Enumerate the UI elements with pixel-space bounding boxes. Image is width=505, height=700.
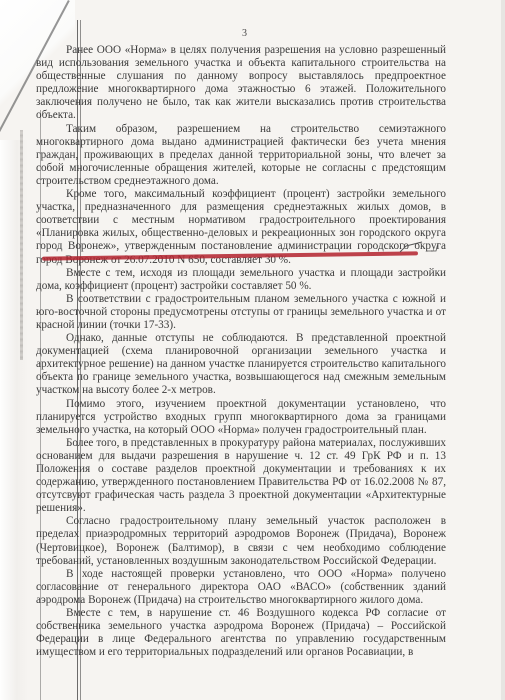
handwritten-check-mark-icon	[398, 240, 440, 254]
page-number: 3	[242, 28, 247, 39]
document-body: Ранее ООО «Норма» в целях получения разр…	[36, 44, 446, 659]
paragraph: В ходе настоящей проверки установлено, ч…	[36, 568, 446, 607]
page-right-edge	[501, 0, 505, 700]
page-left-edge-shadow	[0, 140, 28, 700]
scanned-document-page: 3 Ранее ООО «Норма» в целях получения ра…	[0, 0, 505, 700]
paragraph: Помимо этого, изучением проектной докуме…	[36, 398, 446, 437]
paragraph: В соответствии с градостроительным плано…	[36, 293, 446, 332]
paragraph: Таким образом, разрешением на строительс…	[36, 123, 446, 188]
paragraph: Вместе с тем, исходя из площади земельно…	[36, 267, 446, 293]
paragraph: Согласно градостроительному плану земель…	[36, 515, 446, 567]
paragraph: Однако, данные отступы не соблюдаются. В…	[36, 332, 446, 397]
scan-artifact-streak	[20, 130, 23, 360]
paragraph: Ранее ООО «Норма» в целях получения разр…	[36, 44, 446, 123]
paragraph: Более того, в представленных в прокурату…	[36, 437, 446, 516]
paragraph: Вместе с тем, в нарушение ст. 46 Воздушн…	[36, 607, 446, 659]
